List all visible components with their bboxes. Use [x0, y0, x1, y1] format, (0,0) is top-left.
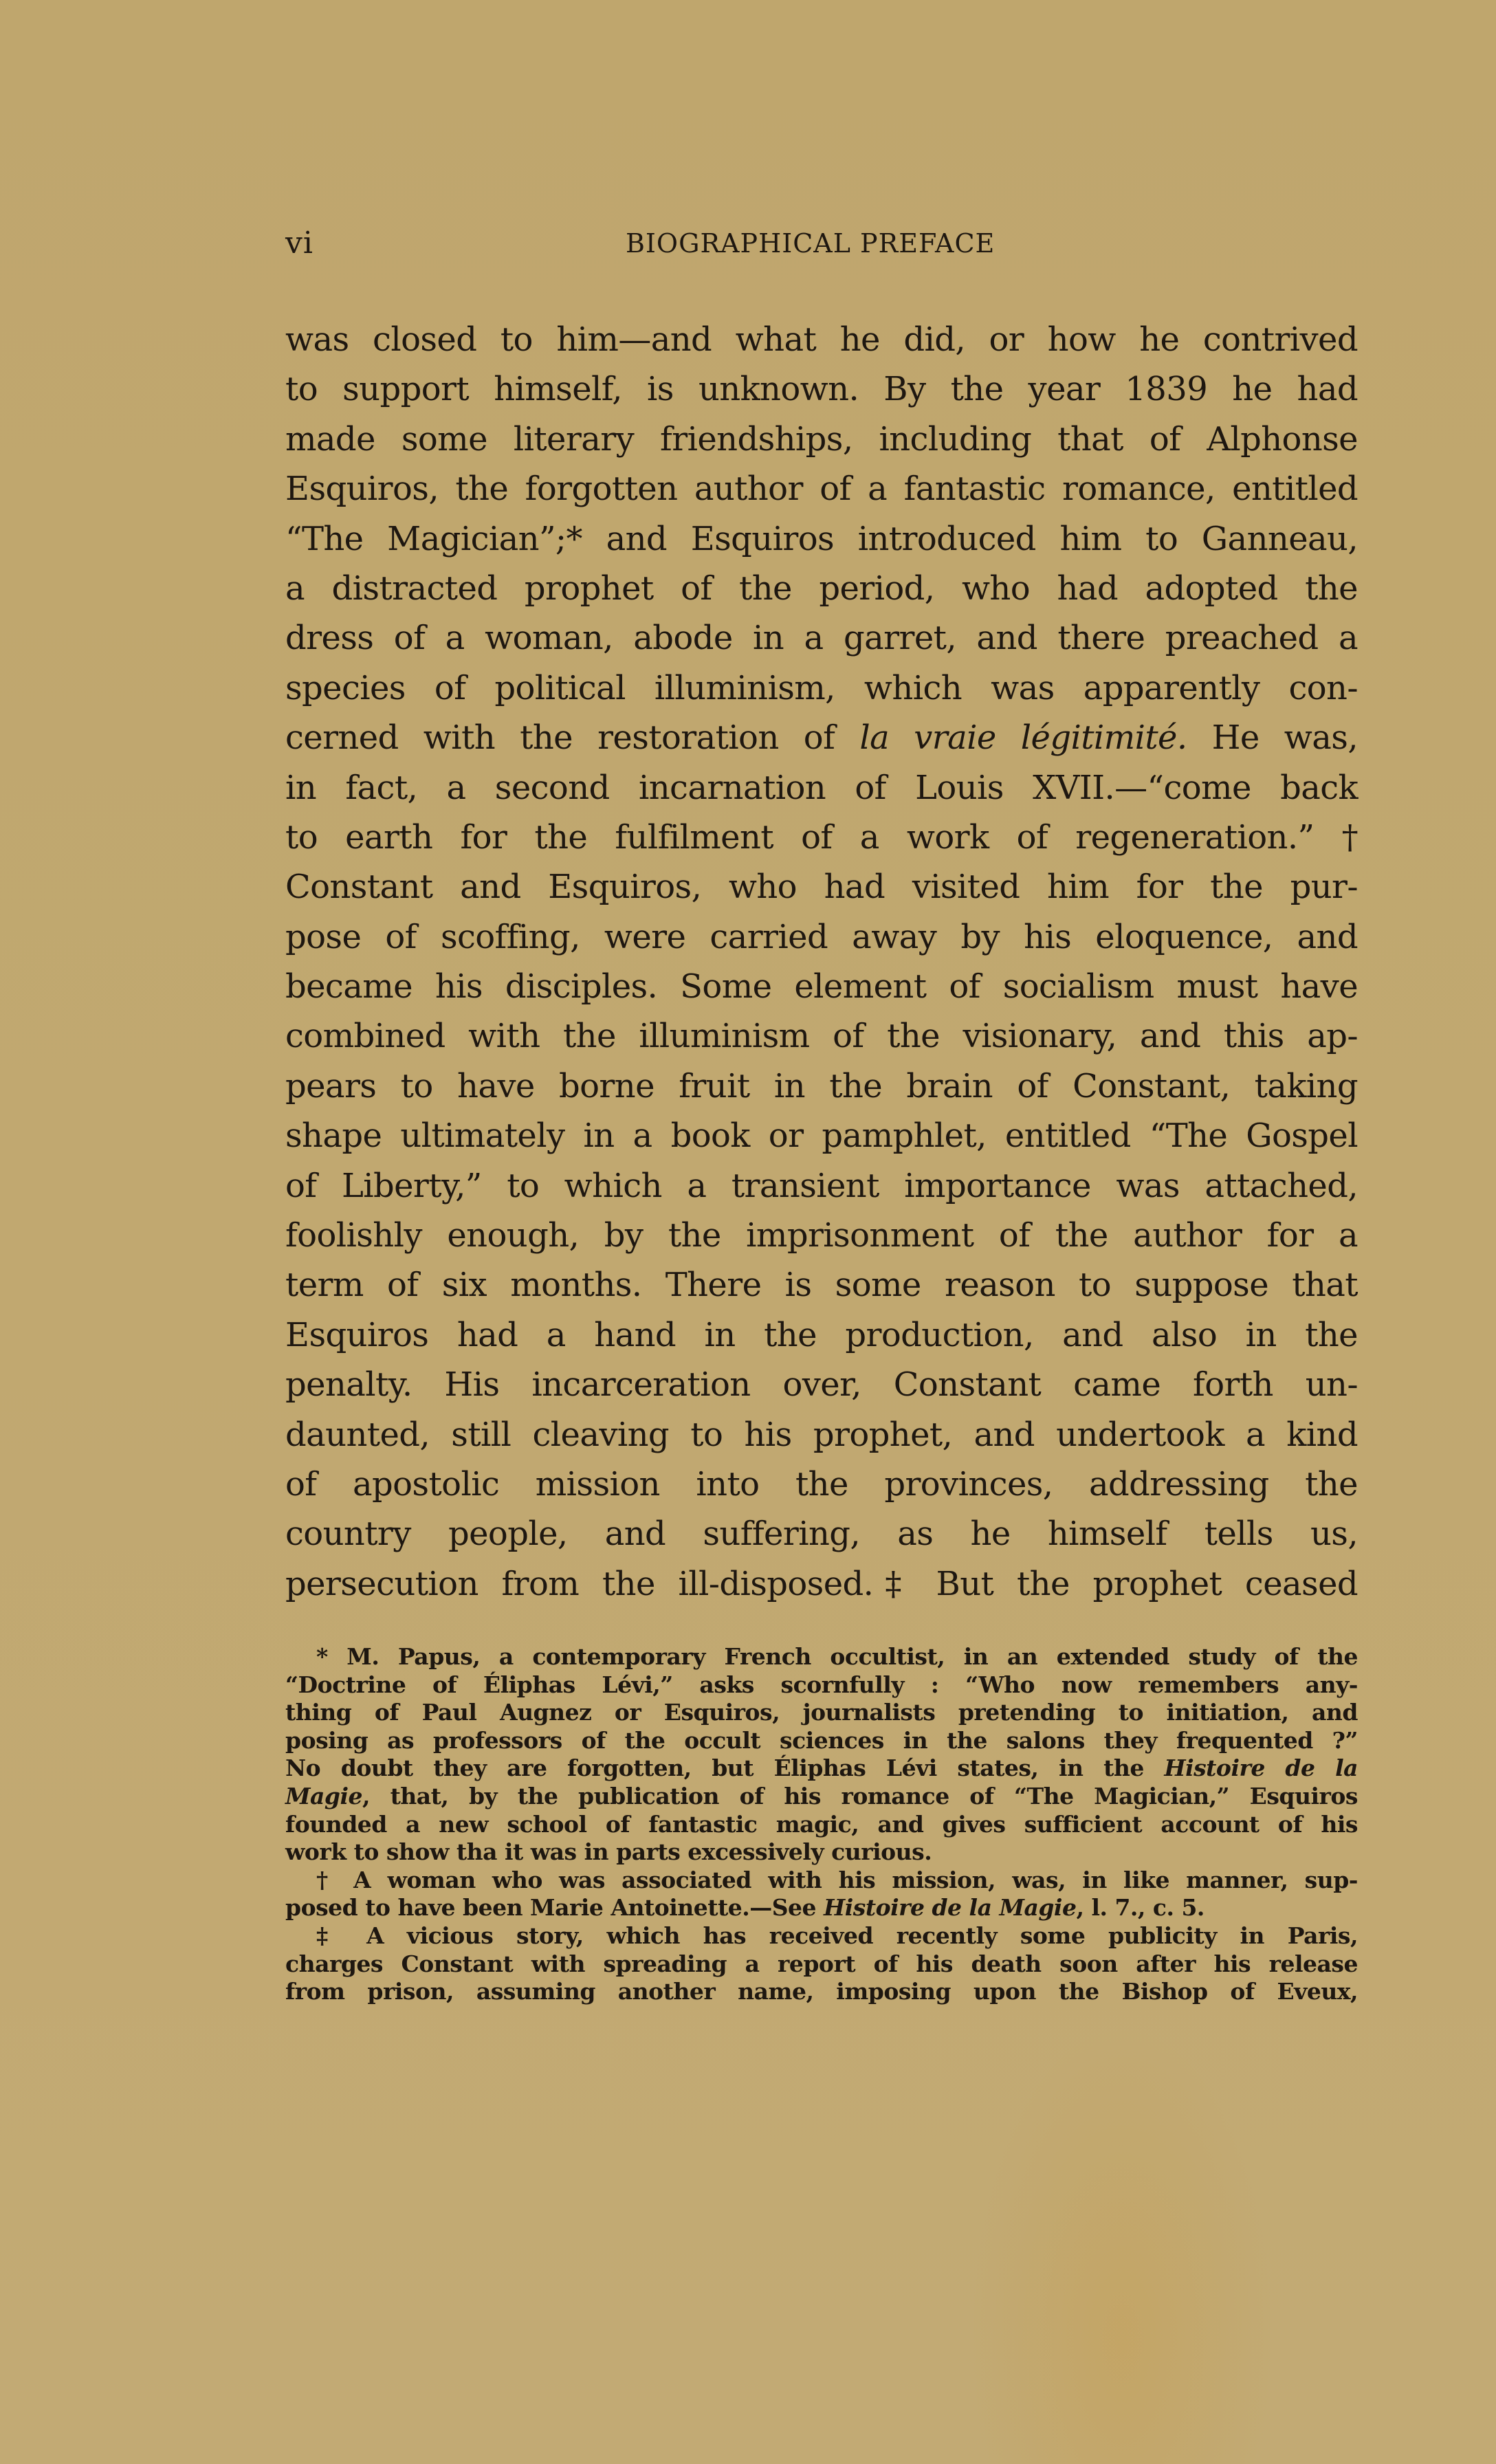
text-run: pears to have borne fruit in the brain o… — [285, 1067, 1358, 1105]
body-line: of apostolic mission into the provinces,… — [285, 1460, 1358, 1509]
text-run: combined with the illuminism of the visi… — [285, 1017, 1358, 1055]
footnote-line: work to show tha it was in parts excessi… — [285, 1838, 1358, 1867]
body-line: to earth for the fulfilment of a work of… — [285, 813, 1358, 862]
italic-text: la vraie légitimité. — [859, 718, 1187, 757]
body-line: term of six months. There is some reason… — [285, 1260, 1358, 1310]
text-run: , that, by the publication of his romanc… — [362, 1783, 1358, 1809]
body-line: daunted, still cleaving to his prophet, … — [285, 1410, 1358, 1460]
body-line: of Liberty,” to which a transient import… — [285, 1161, 1358, 1211]
footnote-line: * M. Papus, a contemporary French occult… — [285, 1643, 1358, 1671]
text-run: daunted, still cleaving to his prophet, … — [285, 1416, 1358, 1454]
footnote-line: “Doctrine of Éliphas Lévi,” asks scornfu… — [285, 1671, 1358, 1699]
text-run: Esquiros had a hand in the production, a… — [285, 1316, 1358, 1354]
text-run: * M. Papus, a contemporary French occult… — [316, 1643, 1358, 1670]
footnote-line: No doubt they are forgotten, but Éliphas… — [285, 1754, 1358, 1783]
text-run: term of six months. There is some reason… — [285, 1266, 1358, 1304]
body-line: Esquiros had a hand in the production, a… — [285, 1310, 1358, 1360]
footnote-line: charges Constant with spreading a report… — [285, 1950, 1358, 1979]
text-run: dress of a woman, abode in a garret, and… — [285, 619, 1358, 657]
text-run: foolishly enough, by the imprisonment of… — [285, 1216, 1358, 1255]
body-line: “The Magician”;* and Esquiros introduced… — [285, 514, 1358, 564]
footnote-line: posing as professors of the occult scien… — [285, 1727, 1358, 1755]
text-run: He was, — [1187, 718, 1358, 757]
text-run: pose of scoffing, were carried away by h… — [285, 918, 1358, 956]
body-line: species of political illuminism, which w… — [285, 663, 1358, 713]
text-run: Constant and Esquiros, who had visited h… — [285, 868, 1358, 906]
book-page: vi BIOGRAPHICAL PREFACE was closed to hi… — [285, 206, 1365, 268]
text-run: cerned with the restoration of — [285, 718, 859, 757]
body-line: Constant and Esquiros, who had visited h… — [285, 862, 1358, 912]
text-run: ‡ A vicious story, which has received re… — [316, 1922, 1358, 1949]
text-run: shape ultimately in a book or pamphlet, … — [285, 1116, 1358, 1155]
body-line: pears to have borne fruit in the brain o… — [285, 1061, 1358, 1111]
body-line: in fact, a second incarnation of Louis X… — [285, 763, 1358, 813]
text-run: thing of Paul Augnez or Esquiros, journa… — [285, 1699, 1358, 1726]
text-run: charges Constant with spreading a report… — [285, 1950, 1358, 1977]
body-line: dress of a woman, abode in a garret, and… — [285, 613, 1358, 663]
footnote-line: † A woman who was associated with his mi… — [285, 1867, 1358, 1895]
text-run: to earth for the fulfilment of a work of… — [285, 818, 1358, 857]
body-line: Esquiros, the forgotten author of a fant… — [285, 464, 1358, 514]
text-run: a distracted prophet of the period, who … — [285, 569, 1358, 608]
running-title: BIOGRAPHICAL PREFACE — [626, 228, 995, 258]
italic-text: Magie — [285, 1783, 362, 1809]
text-run: posed to have been Marie Antoinette.—See — [285, 1894, 824, 1921]
text-run: “The Magician”;* and Esquiros introduced… — [285, 520, 1358, 558]
footnote-line: founded a new school of fantastic magic,… — [285, 1811, 1358, 1839]
body-line: foolishly enough, by the imprisonment of… — [285, 1211, 1358, 1260]
footnote-line: from prison, assuming another name, impo… — [285, 1978, 1358, 2006]
body-line: to support himself, is unknown. By the y… — [285, 364, 1358, 414]
body-line: cerned with the restoration of la vraie … — [285, 713, 1358, 762]
text-run: in fact, a second incarnation of Louis X… — [285, 769, 1358, 807]
text-run: to support himself, is unknown. By the y… — [285, 370, 1358, 408]
running-head: vi BIOGRAPHICAL PREFACE — [285, 206, 1365, 268]
text-run: of apostolic mission into the provinces,… — [285, 1465, 1358, 1504]
text-run: made some literary friendships, includin… — [285, 420, 1358, 459]
text-run: from prison, assuming another name, impo… — [285, 1978, 1358, 2005]
text-run: became his disciples. Some element of so… — [285, 967, 1358, 1006]
body-line: combined with the illuminism of the visi… — [285, 1011, 1358, 1061]
footnote-line: thing of Paul Augnez or Esquiros, journa… — [285, 1699, 1358, 1727]
body-line: a distracted prophet of the period, who … — [285, 564, 1358, 613]
text-run: species of political illuminism, which w… — [285, 669, 1358, 707]
footnote-line: Magie, that, by the publication of his r… — [285, 1783, 1358, 1811]
page-number: vi — [285, 225, 313, 261]
text-run: country people, and suffering, as he him… — [285, 1515, 1358, 1553]
body-line: country people, and suffering, as he him… — [285, 1509, 1358, 1559]
body-line: persecution from the ill-disposed.‡ But … — [285, 1559, 1358, 1609]
body-line: pose of scoffing, were carried away by h… — [285, 912, 1358, 962]
text-run: of Liberty,” to which a transient import… — [285, 1167, 1358, 1205]
italic-text: Histoire de la — [1164, 1754, 1358, 1781]
body-line: became his disciples. Some element of so… — [285, 962, 1358, 1011]
text-run: penalty. His incarceration over, Constan… — [285, 1365, 1358, 1404]
text-run: , l. 7., c. 5. — [1076, 1894, 1204, 1921]
footnote-line: posed to have been Marie Antoinette.—See… — [285, 1894, 1358, 1922]
body-text: was closed to him—and what he did, or ho… — [285, 315, 1358, 1609]
body-line: was closed to him—and what he did, or ho… — [285, 315, 1358, 364]
body-line: shape ultimately in a book or pamphlet, … — [285, 1111, 1358, 1160]
footnotes: * M. Papus, a contemporary French occult… — [285, 1643, 1358, 2006]
footnote-line: ‡ A vicious story, which has received re… — [285, 1922, 1358, 1950]
text-run: No doubt they are forgotten, but Éliphas… — [285, 1754, 1164, 1781]
text-run: work to show tha it was in parts excessi… — [285, 1838, 932, 1865]
text-run: was closed to him—and what he did, or ho… — [285, 320, 1358, 359]
text-run: Esquiros, the forgotten author of a fant… — [285, 470, 1358, 508]
text-run: founded a new school of fantastic magic,… — [285, 1811, 1358, 1838]
italic-text: Histoire de la Magie — [824, 1894, 1076, 1921]
text-run: persecution from the ill-disposed.‡ But … — [285, 1565, 1358, 1603]
body-line: made some literary friendships, includin… — [285, 415, 1358, 464]
text-run: “Doctrine of Éliphas Lévi,” asks scornfu… — [285, 1671, 1358, 1698]
body-line: penalty. His incarceration over, Constan… — [285, 1360, 1358, 1409]
text-run: posing as professors of the occult scien… — [285, 1727, 1358, 1754]
text-run: † A woman who was associated with his mi… — [316, 1867, 1358, 1893]
